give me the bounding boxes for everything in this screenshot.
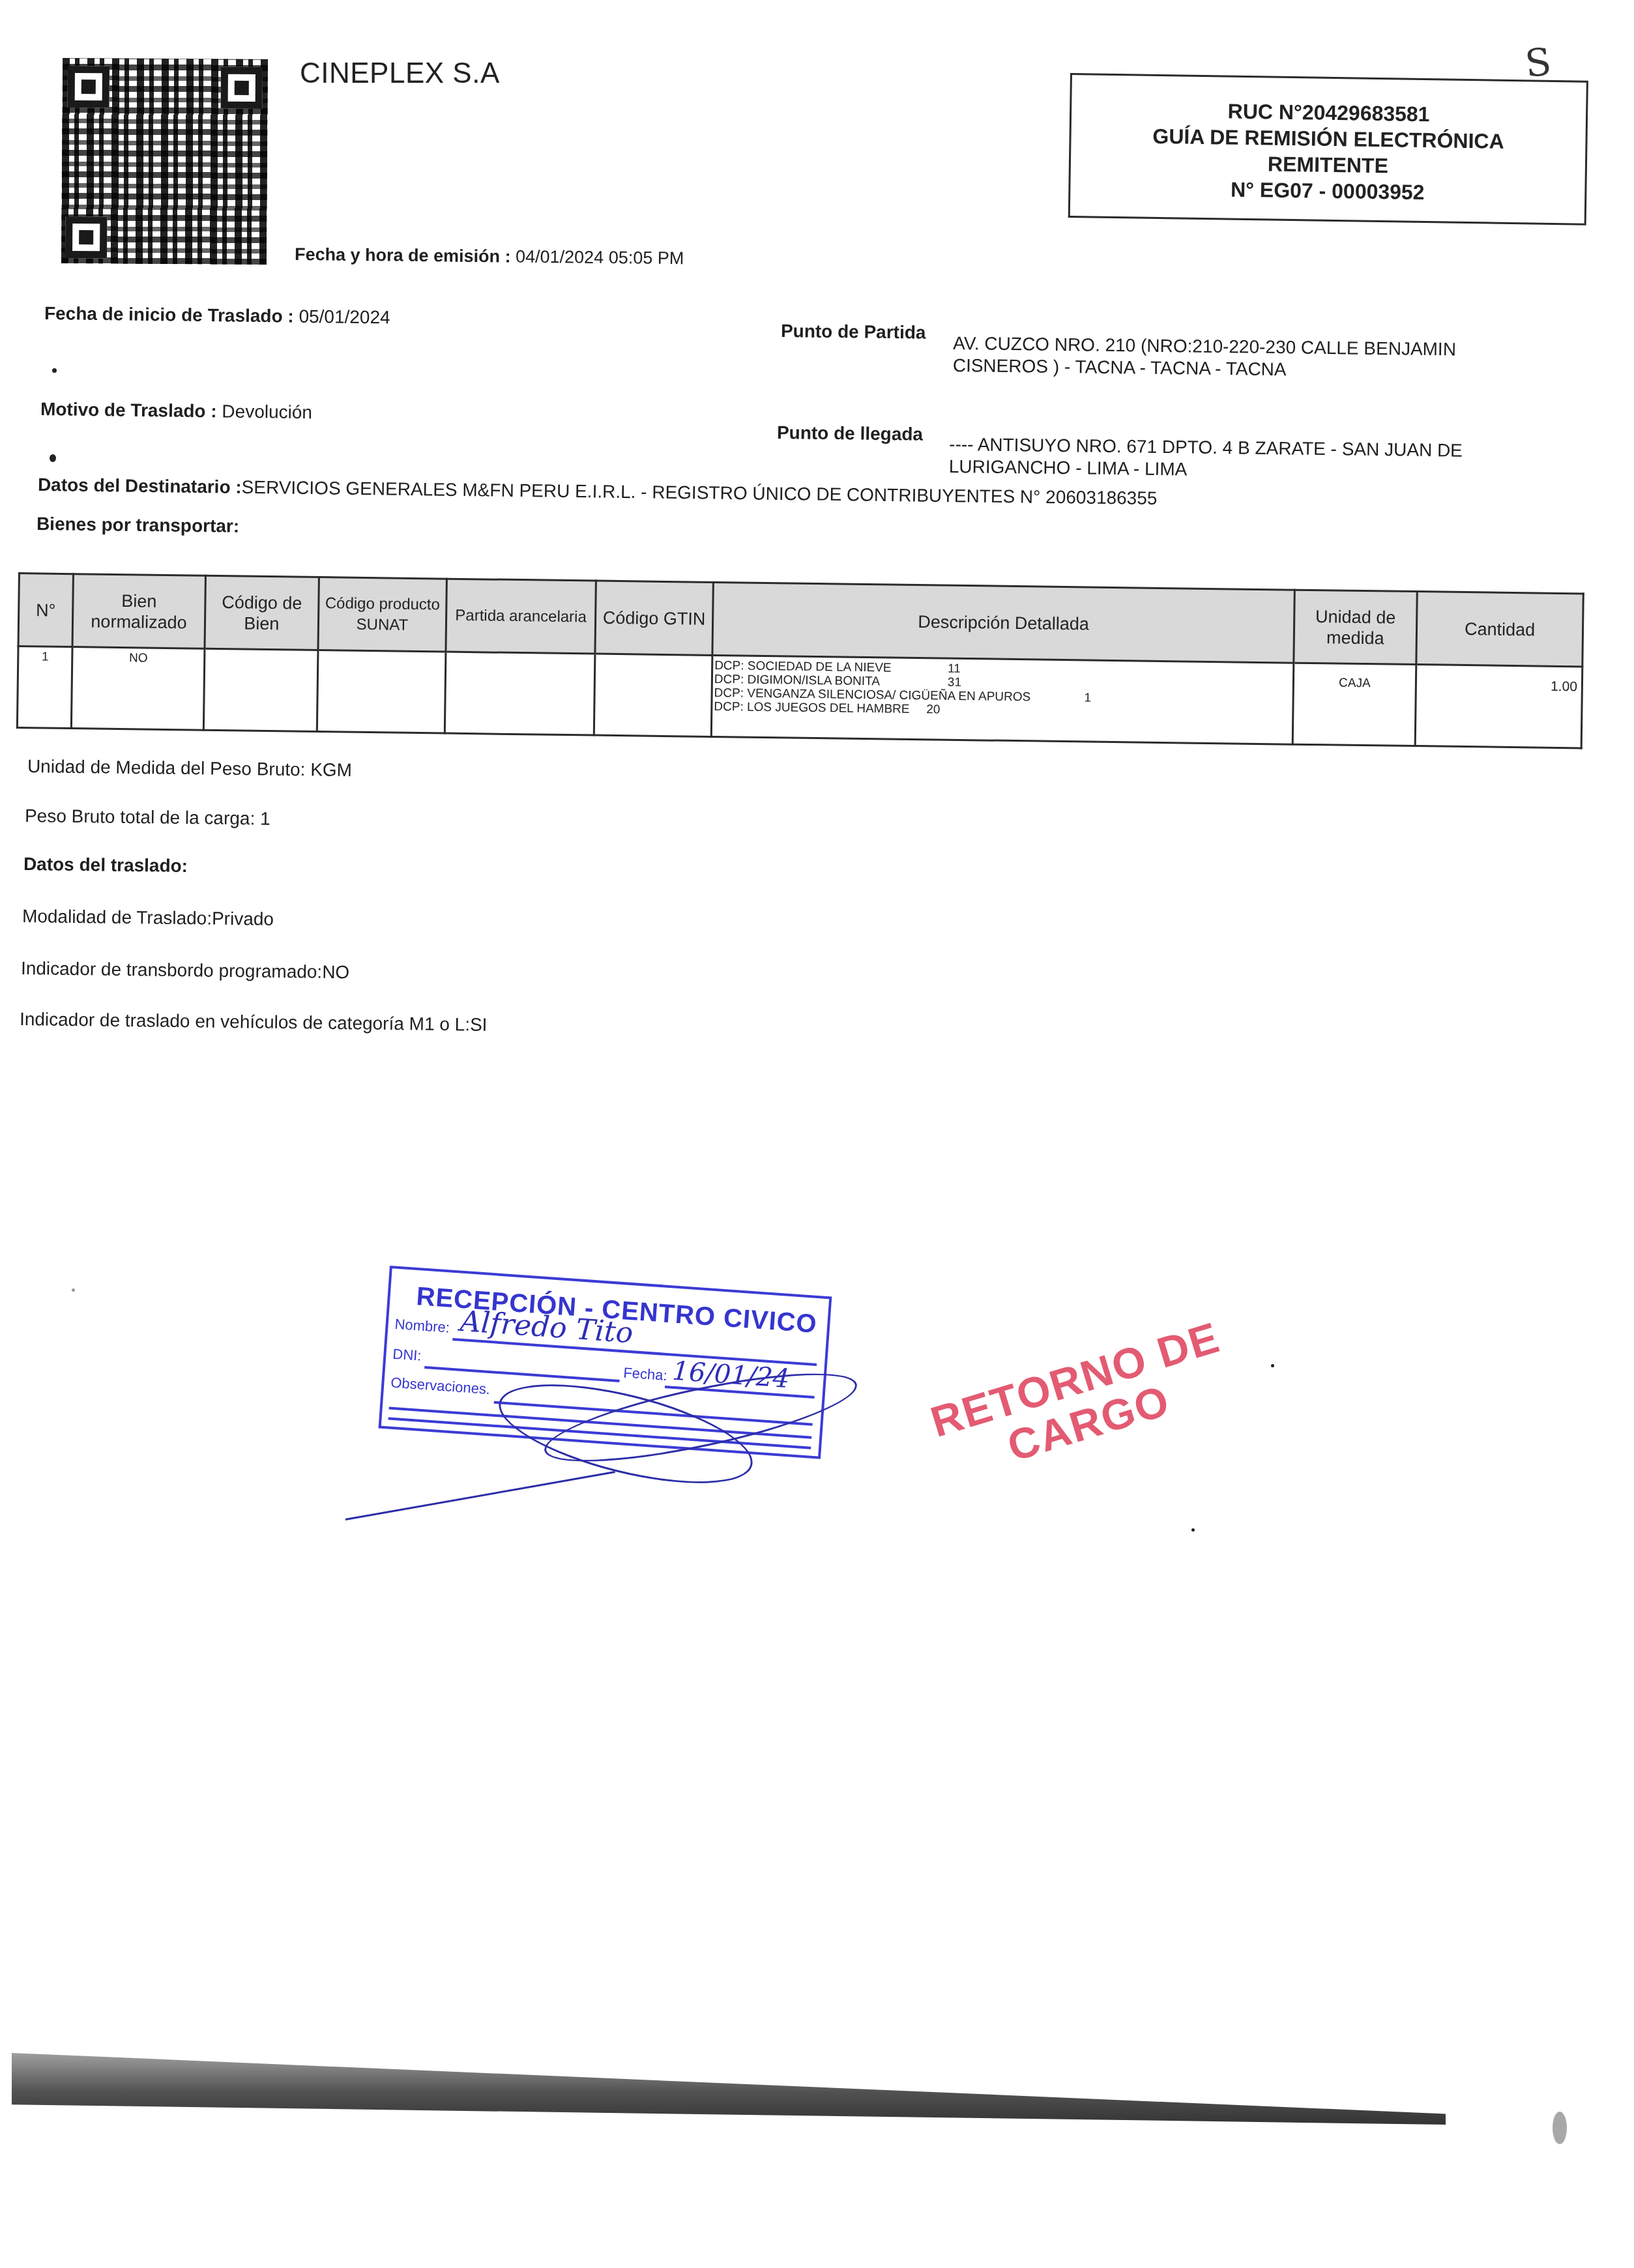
punto-partida-value: AV. CUZCO NRO. 210 (NRO:210-220-230 CALL…: [953, 332, 1540, 384]
cell-codigo-sunat: [317, 650, 446, 734]
peso-total-label: Peso Bruto total de la carga:: [25, 806, 255, 828]
company-name: CINEPLEX S.A: [300, 57, 500, 90]
scan-speck: [72, 1288, 75, 1292]
scan-speck: [1191, 1528, 1195, 1532]
destinatario-label: Datos del Destinatario :: [38, 474, 242, 497]
peso-unidad: Unidad de Medida del Peso Bruto: KGM: [27, 756, 352, 781]
cell-bien-normalizado: NO: [71, 647, 205, 731]
desc-item-qty: 20: [926, 703, 940, 716]
scan-speck: [52, 368, 57, 373]
peso-unidad-label: Unidad de Medida del Peso Bruto:: [27, 756, 306, 779]
qr-finder-icon: [68, 66, 109, 108]
m1l-value: SI: [470, 1014, 488, 1034]
destinatario: Datos del Destinatario :SERVICIOS GENERA…: [38, 474, 1158, 509]
col-header-unidad: Unidad de medida: [1294, 590, 1417, 664]
peso-unidad-value: KGM: [310, 759, 352, 780]
col-header-descripcion: Descripción Detallada: [712, 582, 1294, 663]
cell-descripcion: DCP: SOCIEDAD DE LA NIEVE 11 DCP: DIGIMO…: [711, 655, 1294, 744]
fecha-inicio-label: Fecha de inicio de Traslado :: [44, 303, 294, 327]
emission-label: Fecha y hora de emisión :: [295, 244, 511, 266]
goods-table: N° Bien normalizado Código de Bien Códig…: [16, 572, 1583, 749]
signature-stroke: [345, 1471, 615, 1520]
stamp-dni-label: DNI:: [392, 1346, 422, 1365]
m1l-indicador: Indicador de traslado en vehículos de ca…: [20, 1009, 488, 1036]
col-header-codigo-sunat: Código producto SUNAT: [318, 577, 446, 652]
qr-finder-icon: [221, 67, 263, 109]
document-id-box: RUC N°20429683581 GUÍA DE REMISIÓN ELECT…: [1068, 73, 1588, 225]
desc-item-name: DCP: LOS JUEGOS DEL HAMBRE: [714, 700, 929, 716]
cell-n: 1: [17, 647, 72, 729]
modalidad-label: Modalidad de Traslado:: [22, 906, 212, 929]
qr-code: [61, 58, 268, 265]
col-header-gtin: Código GTIN: [595, 581, 713, 655]
col-header-bien-normalizado: Bien normalizado: [72, 574, 205, 649]
motivo-label: Motivo de Traslado :: [40, 399, 217, 421]
destinatario-value: SERVICIOS GENERALES M&FN PERU E.I.R.L. -…: [242, 477, 1158, 508]
datos-traslado-heading: Datos del traslado:: [23, 854, 188, 877]
scan-speck: [1271, 1364, 1274, 1367]
cell-unidad: CAJA: [1292, 663, 1416, 746]
return-cargo-stamp: RETORNO DE CARGO: [907, 1308, 1257, 1494]
punto-llegada-value: ---- ANTISUYO NRO. 671 DPTO. 4 B ZARATE …: [949, 433, 1536, 485]
punto-llegada-label: Punto de llegada: [777, 422, 923, 445]
handwritten-mark: S: [1523, 39, 1554, 86]
cell-gtin: [594, 654, 712, 736]
cell-codigo-bien: [203, 648, 318, 731]
transbordo-indicador: Indicador de transbordo programado:NO: [21, 958, 350, 983]
scan-speck: [50, 454, 56, 462]
document-page: CINEPLEX S.A Fecha y hora de emisión : 0…: [0, 0, 1634, 2268]
col-header-codigo-bien: Código de Bien: [205, 575, 319, 650]
modalidad-value: Privado: [212, 909, 274, 929]
m1l-label: Indicador de traslado en vehículos de ca…: [20, 1009, 470, 1034]
peso-total: Peso Bruto total de la carga: 1: [25, 806, 270, 830]
transbordo-value: NO: [322, 962, 349, 983]
fecha-inicio-traslado: Fecha de inicio de Traslado : 05/01/2024: [44, 303, 390, 328]
qr-finder-icon: [65, 216, 107, 258]
emission-datetime: Fecha y hora de emisión : 04/01/2024 05:…: [295, 244, 684, 269]
scan-shadow: [1553, 2112, 1567, 2144]
bienes-label: Bienes por transportar:: [36, 514, 240, 537]
stamp-observaciones-label: Observaciones.: [390, 1374, 491, 1399]
emission-value: 04/01/2024 05:05 PM: [516, 247, 684, 269]
transbordo-label: Indicador de transbordo programado:: [21, 958, 323, 982]
col-header-partida: Partida arancelaria: [446, 579, 596, 654]
fecha-inicio-value: 05/01/2024: [299, 306, 390, 328]
desc-item-qty: 11: [948, 662, 961, 676]
cell-partida: [445, 652, 595, 735]
col-header-cantidad: Cantidad: [1416, 592, 1583, 667]
peso-total-value: 1: [260, 808, 270, 828]
col-header-n: N°: [18, 574, 73, 647]
desc-item-qty: 1: [1084, 691, 1091, 705]
motivo-value: Devolución: [222, 401, 312, 422]
stamp-nombre-label: Nombre:: [394, 1316, 450, 1337]
motivo-traslado: Motivo de Traslado : Devolución: [40, 399, 312, 423]
cell-cantidad: 1.00: [1415, 665, 1583, 748]
punto-partida-label: Punto de Partida: [781, 321, 926, 343]
scan-shadow: [12, 2053, 1446, 2125]
modalidad-traslado: Modalidad de Traslado:Privado: [22, 906, 274, 930]
stamp-fecha-label: Fecha:: [622, 1364, 667, 1384]
desc-item-qty: 31: [948, 676, 961, 690]
